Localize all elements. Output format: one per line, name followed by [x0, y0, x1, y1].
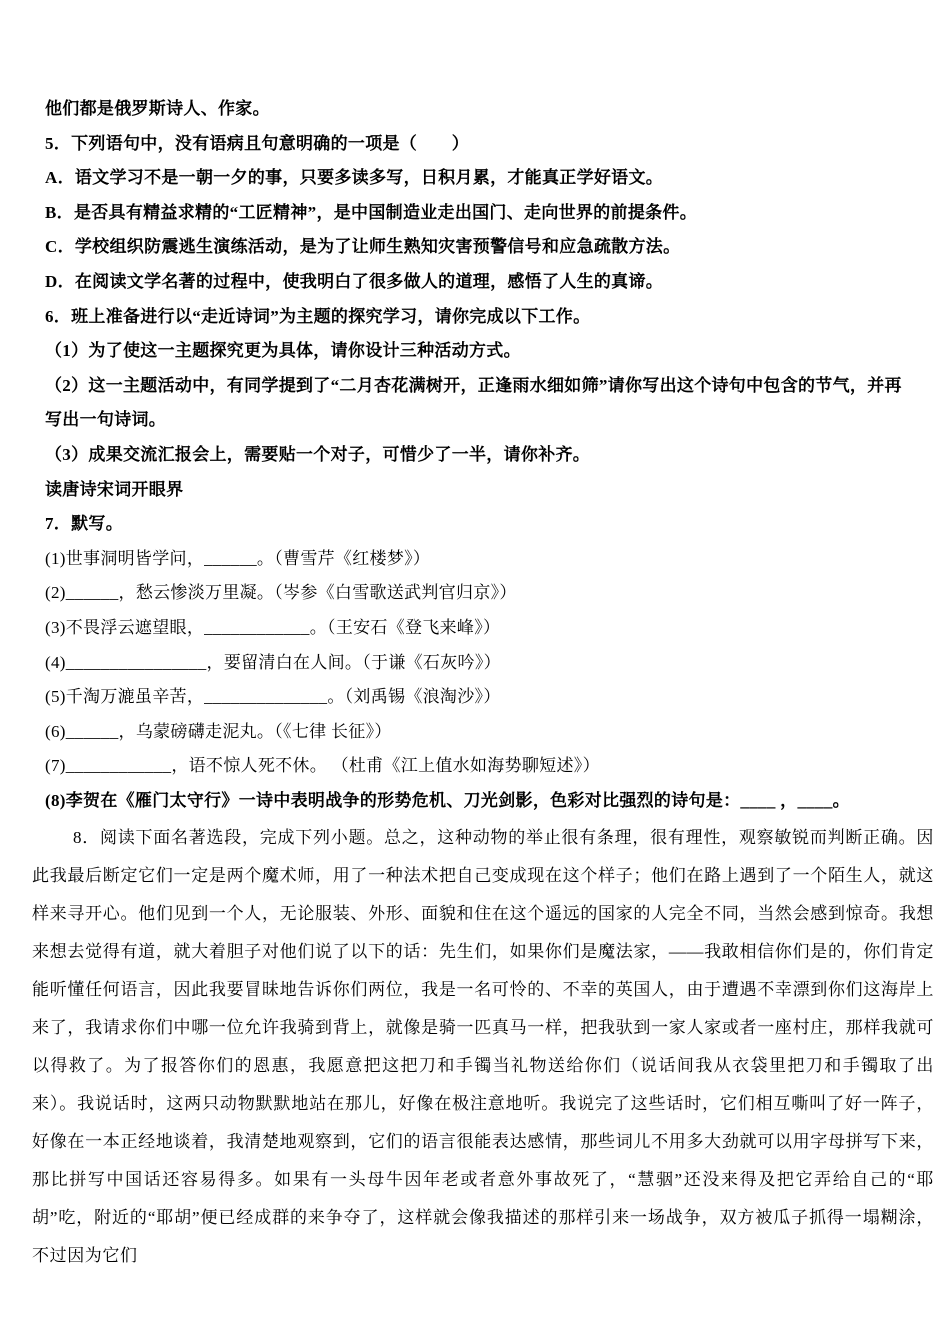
dictation-item-1: (1)世事洞明皆学问，______。（曹雪芹《红楼梦》） — [0, 542, 950, 577]
exam-page: 他们都是俄罗斯诗人、作家。 5．下列语句中，没有语病且句意明确的一项是（ ） A… — [0, 0, 950, 1344]
question-5-option-c: C．学校组织防震逃生演练活动，是为了让师生熟知灾害预警信号和应急疏散方法。 — [0, 230, 950, 265]
dictation-item-2: (2)______，愁云惨淡万里凝。（岑参《白雪歌送武判官归京》） — [0, 576, 950, 611]
question-6-part-1: （1）为了使这一主题探究更为具体，请你设计三种活动方式。 — [0, 334, 950, 369]
question-5-option-b: B．是否具有精益求精的“工匠精神”，是中国制造业走出国门、走向世界的前提条件。 — [0, 196, 950, 231]
dictation-item-5: (5)千淘万漉虽辛苦，______________。（刘禹锡《浪淘沙》） — [0, 680, 950, 715]
dictation-item-4: (4)________________，要留清白在人间。（于谦《石灰吟》） — [0, 646, 950, 681]
question-5-option-d: D．在阅读文学名著的过程中，使我明白了很多做人的道理，感悟了人生的真谛。 — [0, 265, 950, 300]
question-5-stem: 5．下列语句中，没有语病且句意明确的一项是（ ） — [0, 127, 950, 162]
dictation-item-3: (3)不畏浮云遮望眼，____________。（王安石《登飞来峰》） — [0, 611, 950, 646]
dictation-item-6: (6)______，乌蒙磅礴走泥丸。（《七律 长征》） — [0, 715, 950, 750]
intro-line: 他们都是俄罗斯诗人、作家。 — [0, 92, 950, 127]
question-6-part-3: （3）成果交流汇报会上，需要贴一个对子，可惜少了一半，请你补齐。 — [0, 438, 950, 473]
dictation-item-8: (8)李贺在《雁门太守行》一诗中表明战争的形势危机、刀光剑影，色彩对比强烈的诗句… — [0, 784, 950, 819]
question-5-option-a: A．语文学习不是一朝一夕的事，只要多读多写，日积月累，才能真正学好语文。 — [0, 161, 950, 196]
dictation-item-7: (7)____________，语不惊人死不休。 （杜甫《江上值水如海势聊短述》… — [0, 749, 950, 784]
couplet-first-half: 读唐诗宋词开眼界 — [0, 473, 950, 508]
question-6-part-2: （2）这一主题活动中，有同学提到了“二月杏花满树开，正逢雨水细如筛”请你写出这个… — [0, 369, 950, 438]
question-8-passage: 8．阅读下面名著选段，完成下列小题。总之，这种动物的举止很有条理，很有理性，观察… — [0, 819, 950, 1275]
question-6-stem: 6．班上准备进行以“走近诗词”为主题的探究学习，请你完成以下工作。 — [0, 300, 950, 335]
question-7-stem: 7．默写。 — [0, 507, 950, 542]
